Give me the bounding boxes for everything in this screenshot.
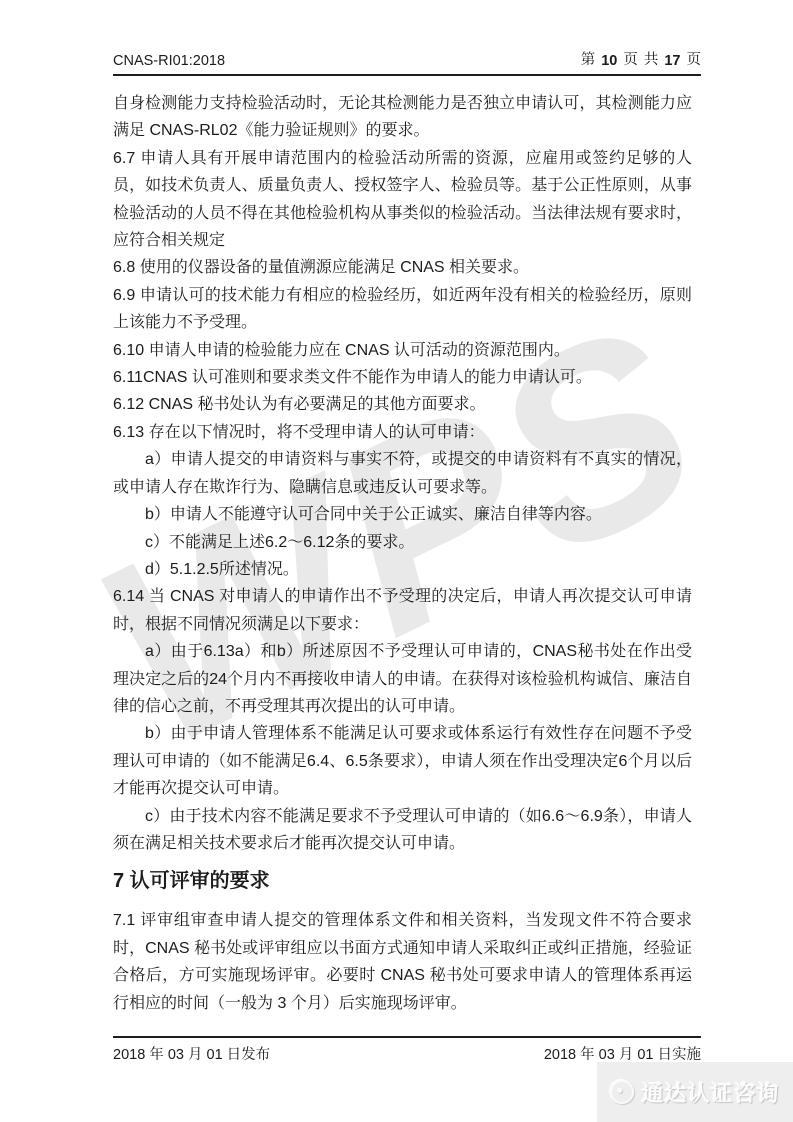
- item-6-14-c: c）由于技术内容不能满足要求不予受理认可申请的（如6.6～6.9条），申请人须在…: [113, 803, 692, 858]
- consultancy-logo-icon: [610, 1080, 634, 1104]
- clause-6-12: 6.12 CNAS 秘书处认为有必要满足的其他方面要求。: [113, 391, 692, 418]
- publish-date: 2018 年 03 月 01 日发布: [113, 1043, 270, 1064]
- implement-date: 2018 年 03 月 01 日实施: [544, 1043, 701, 1064]
- section-7-heading: 7 认可评审的要求: [113, 866, 692, 896]
- consultancy-watermark: 通达认证咨询: [597, 1062, 793, 1122]
- clause-6-11: 6.11CNAS 认可准则和要求类文件不能作为申请人的能力申请认可。: [113, 364, 692, 391]
- page-label-mid2: 共: [644, 48, 659, 69]
- clause-6-13: 6.13 存在以下情况时，将不受理申请人的认可申请：: [113, 419, 692, 446]
- document-body: 自身检测能力支持检验活动时，无论其检测能力是否独立申请认可，其检测能力应满足 C…: [113, 90, 692, 1017]
- page-number-indicator: 第 10 页 共 17 页: [581, 48, 701, 69]
- item-6-13-c: c）不能满足上述6.2～6.12条的要求。: [113, 529, 692, 556]
- clause-6-14: 6.14 当 CNAS 对申请人的申请作出不予受理的决定后，申请人再次提交认可申…: [113, 583, 692, 638]
- clause-6-9: 6.9 申请认可的技术能力有相应的检验经历，如近两年没有相关的检验经历，原则上该…: [113, 282, 692, 337]
- page-header: CNAS-RI01:2018 第 10 页 共 17 页: [113, 48, 701, 76]
- page-label-mid1: 页: [623, 48, 638, 69]
- paragraph-continuation: 自身检测能力支持检验活动时，无论其检测能力是否独立申请认可，其检测能力应满足 C…: [113, 90, 692, 145]
- item-6-14-a: a）由于6.13a）和b）所述原因不予受理认可申请的，CNAS秘书处在作出受理决…: [113, 638, 692, 720]
- clause-6-8: 6.8 使用的仪器设备的量值溯源应能满足 CNAS 相关要求。: [113, 254, 692, 281]
- consultancy-logo-text: 通达认证咨询: [641, 1077, 779, 1108]
- total-page-number: 17: [664, 53, 680, 69]
- document-page: WPS CNAS-RI01:2018 第 10 页 共 17 页 自身检测能力支…: [0, 0, 793, 1122]
- item-6-13-d: d）5.1.2.5所述情况。: [113, 556, 692, 583]
- current-page-number: 10: [601, 53, 617, 69]
- page-label-suffix: 页: [687, 48, 702, 69]
- document-code: CNAS-RI01:2018: [113, 53, 225, 69]
- clause-6-7: 6.7 申请人具有开展申请范围内的检验活动所需的资源，应雇用或签约足够的人员，如…: [113, 145, 692, 255]
- item-6-13-a: a）申请人提交的申请资料与事实不符，或提交的申请资料有不真实的情况，或申请人存在…: [113, 446, 692, 501]
- page-footer: 2018 年 03 月 01 日发布 2018 年 03 月 01 日实施: [113, 1036, 701, 1064]
- page-label-prefix: 第: [581, 48, 596, 69]
- clause-7-1: 7.1 评审组审查申请人提交的管理体系文件和相关资料，当发现文件不符合要求时，C…: [113, 907, 692, 1017]
- clause-6-10: 6.10 申请人申请的检验能力应在 CNAS 认可活动的资源范围内。: [113, 337, 692, 364]
- item-6-14-b: b）由于申请人管理体系不能满足认可要求或体系运行有效性存在问题不予受理认可申请的…: [113, 720, 692, 802]
- item-6-13-b: b）申请人不能遵守认可合同中关于公正诚实、廉洁自律等内容。: [113, 501, 692, 528]
